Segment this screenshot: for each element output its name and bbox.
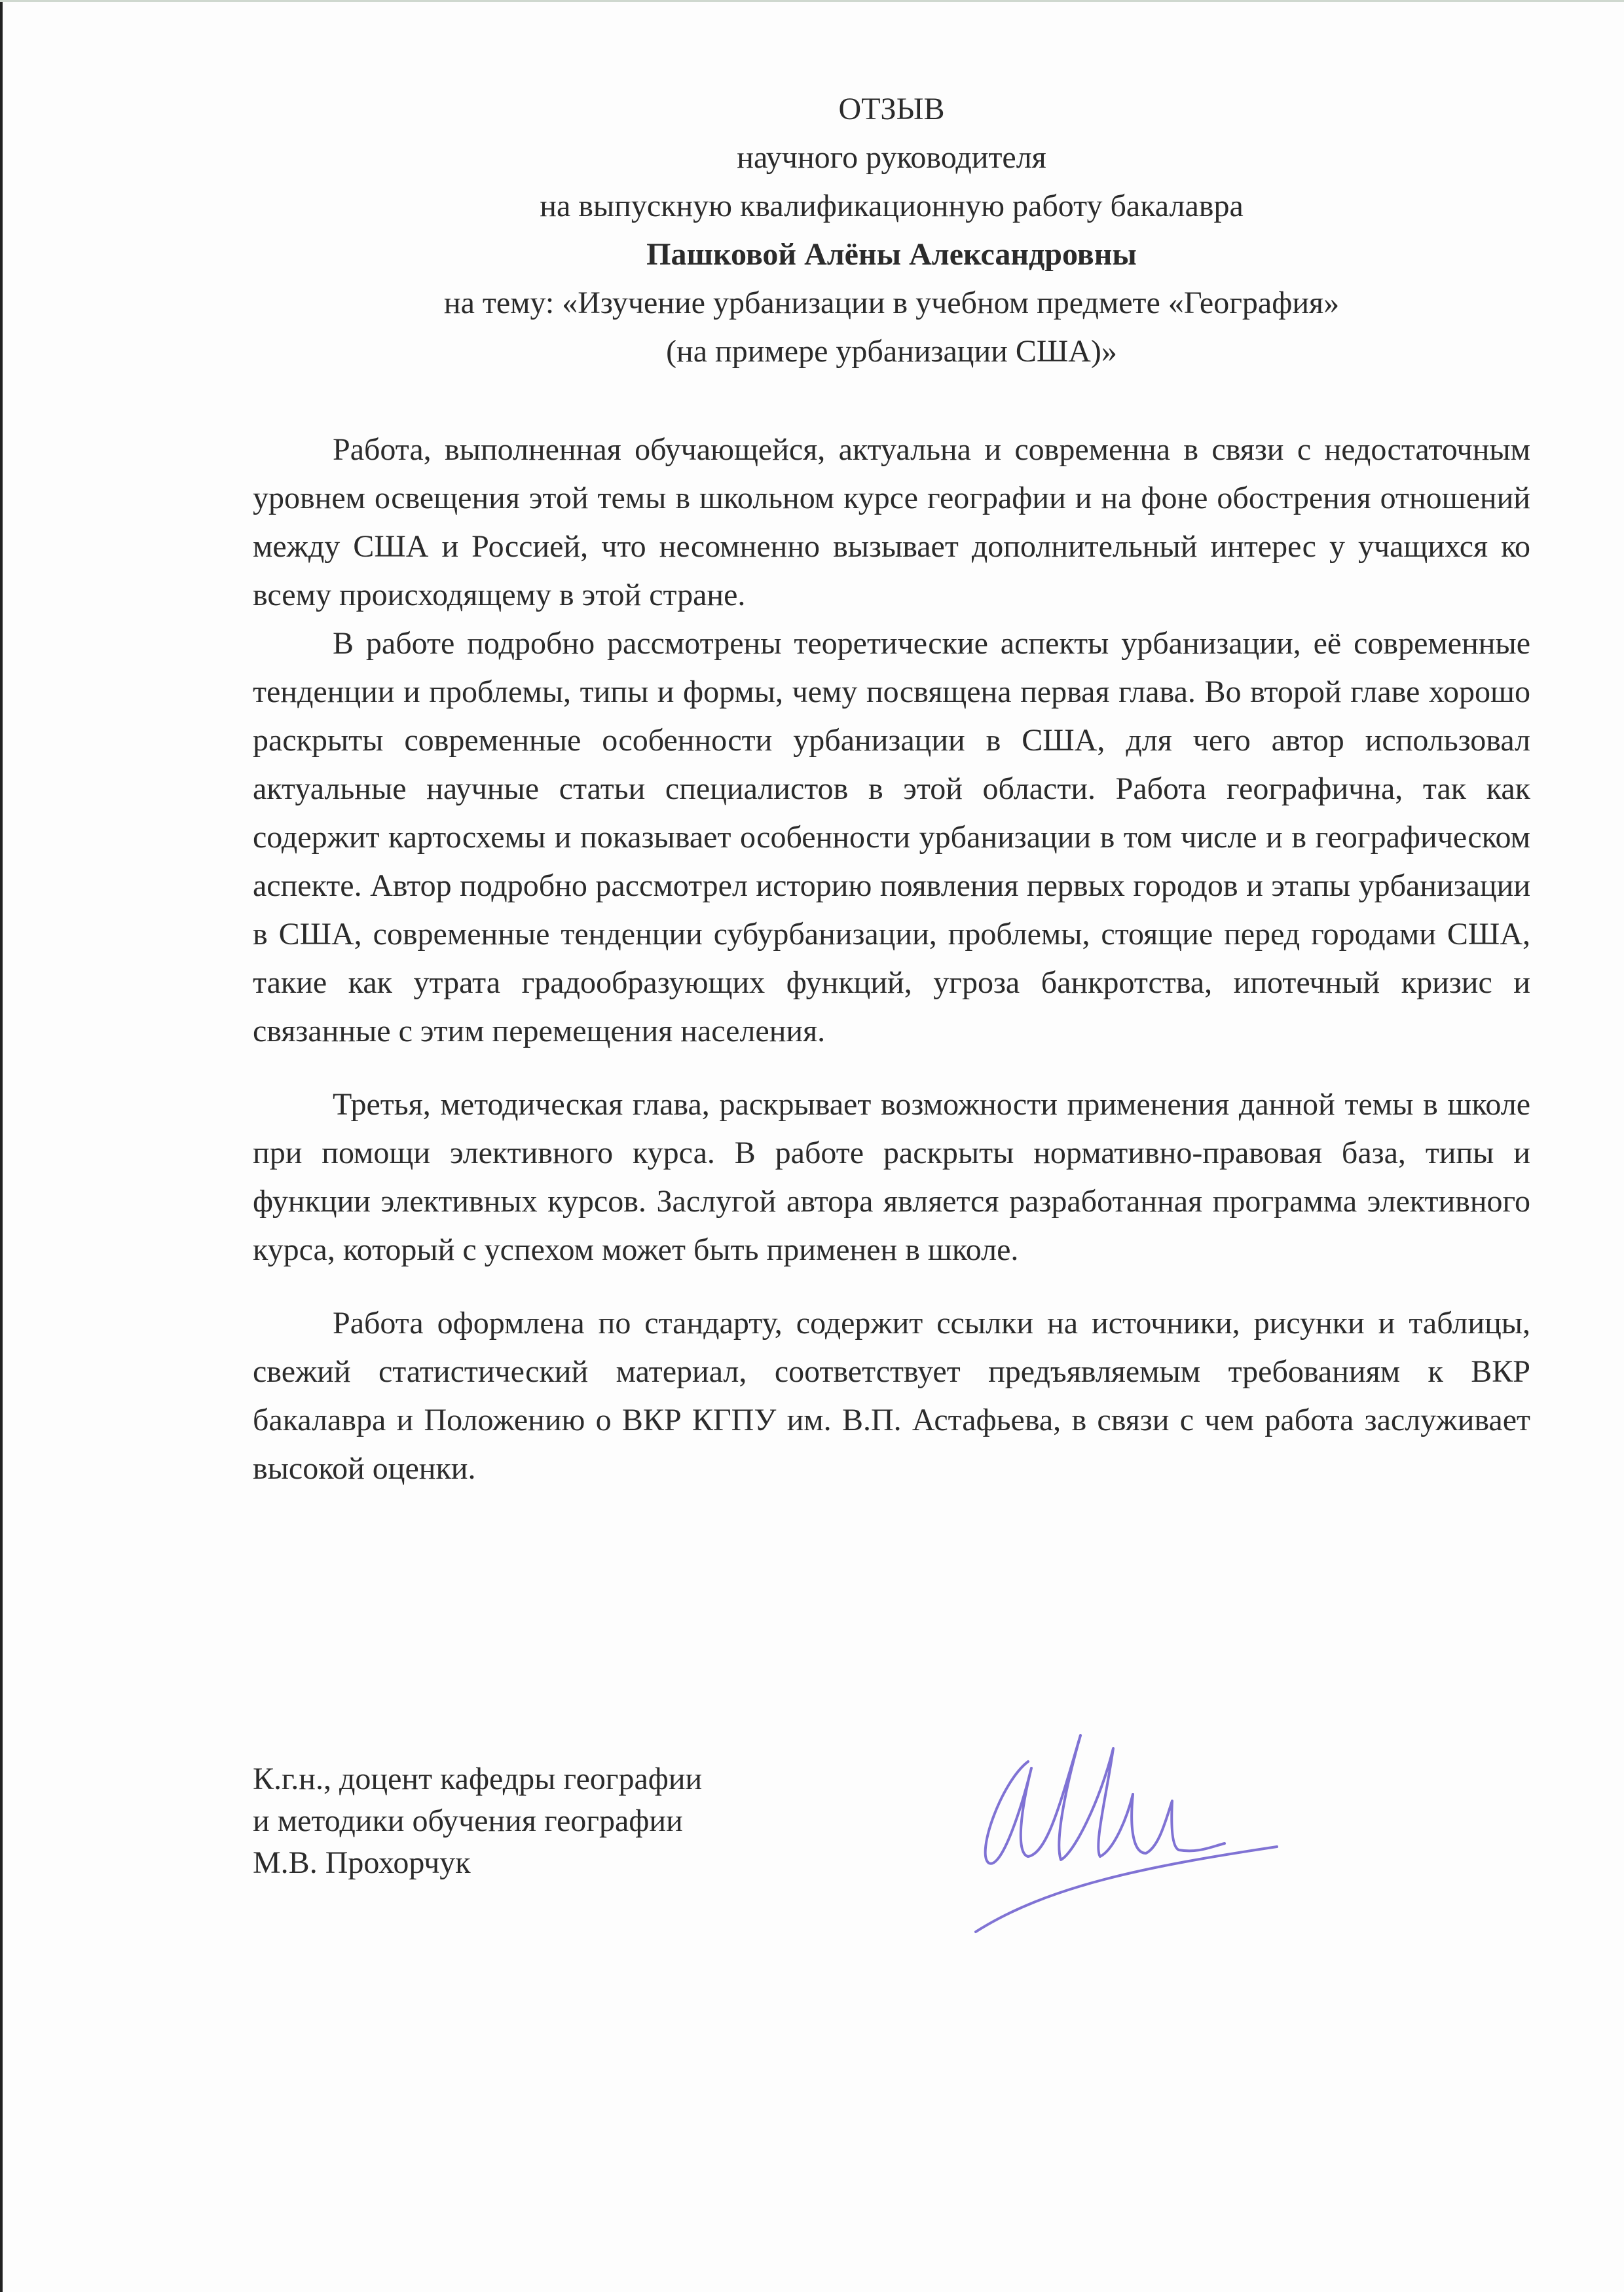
student-name: Пашковой Алёны Александровны [253,231,1530,279]
signature-block: К.г.н., доцент кафедры географии и метод… [253,1758,702,1884]
header-line-supervisor: научного руководителя [253,134,1530,182]
topic-line-2: (на примере урбанизации США)» [253,327,1530,376]
header-line-work-type: на выпускную квалификационную работу бак… [253,182,1530,231]
paragraph-methodology: Третья, методическая глава, раскрывает в… [253,1081,1530,1274]
paragraph-relevance: Работа, выполненная обучающейся, актуаль… [253,426,1530,619]
signer-name: М.В. Прохорчук [253,1842,702,1884]
topic-line-1: на тему: «Изучение урбанизации в учебном… [253,279,1530,327]
signer-title-line-1: К.г.н., доцент кафедры географии [253,1758,702,1800]
document-header: ОТЗЫВ научного руководителя на выпускную… [253,85,1530,376]
document-title: ОТЗЫВ [253,85,1530,134]
handwritten-signature-icon [950,1722,1408,1938]
review-body: Работа, выполненная обучающейся, актуаль… [253,426,1530,1493]
scan-edge-left [0,0,3,2292]
document-page: ОТЗЫВ научного руководителя на выпускную… [0,0,1624,2292]
paragraph-content: В работе подробно рассмотрены теоретичес… [253,619,1530,1056]
signer-title-line-2: и методики обучения географии [253,1800,702,1842]
scan-edge-top [0,0,1624,2]
paragraph-conclusion: Работа оформлена по стандарту, содержит … [253,1299,1530,1493]
